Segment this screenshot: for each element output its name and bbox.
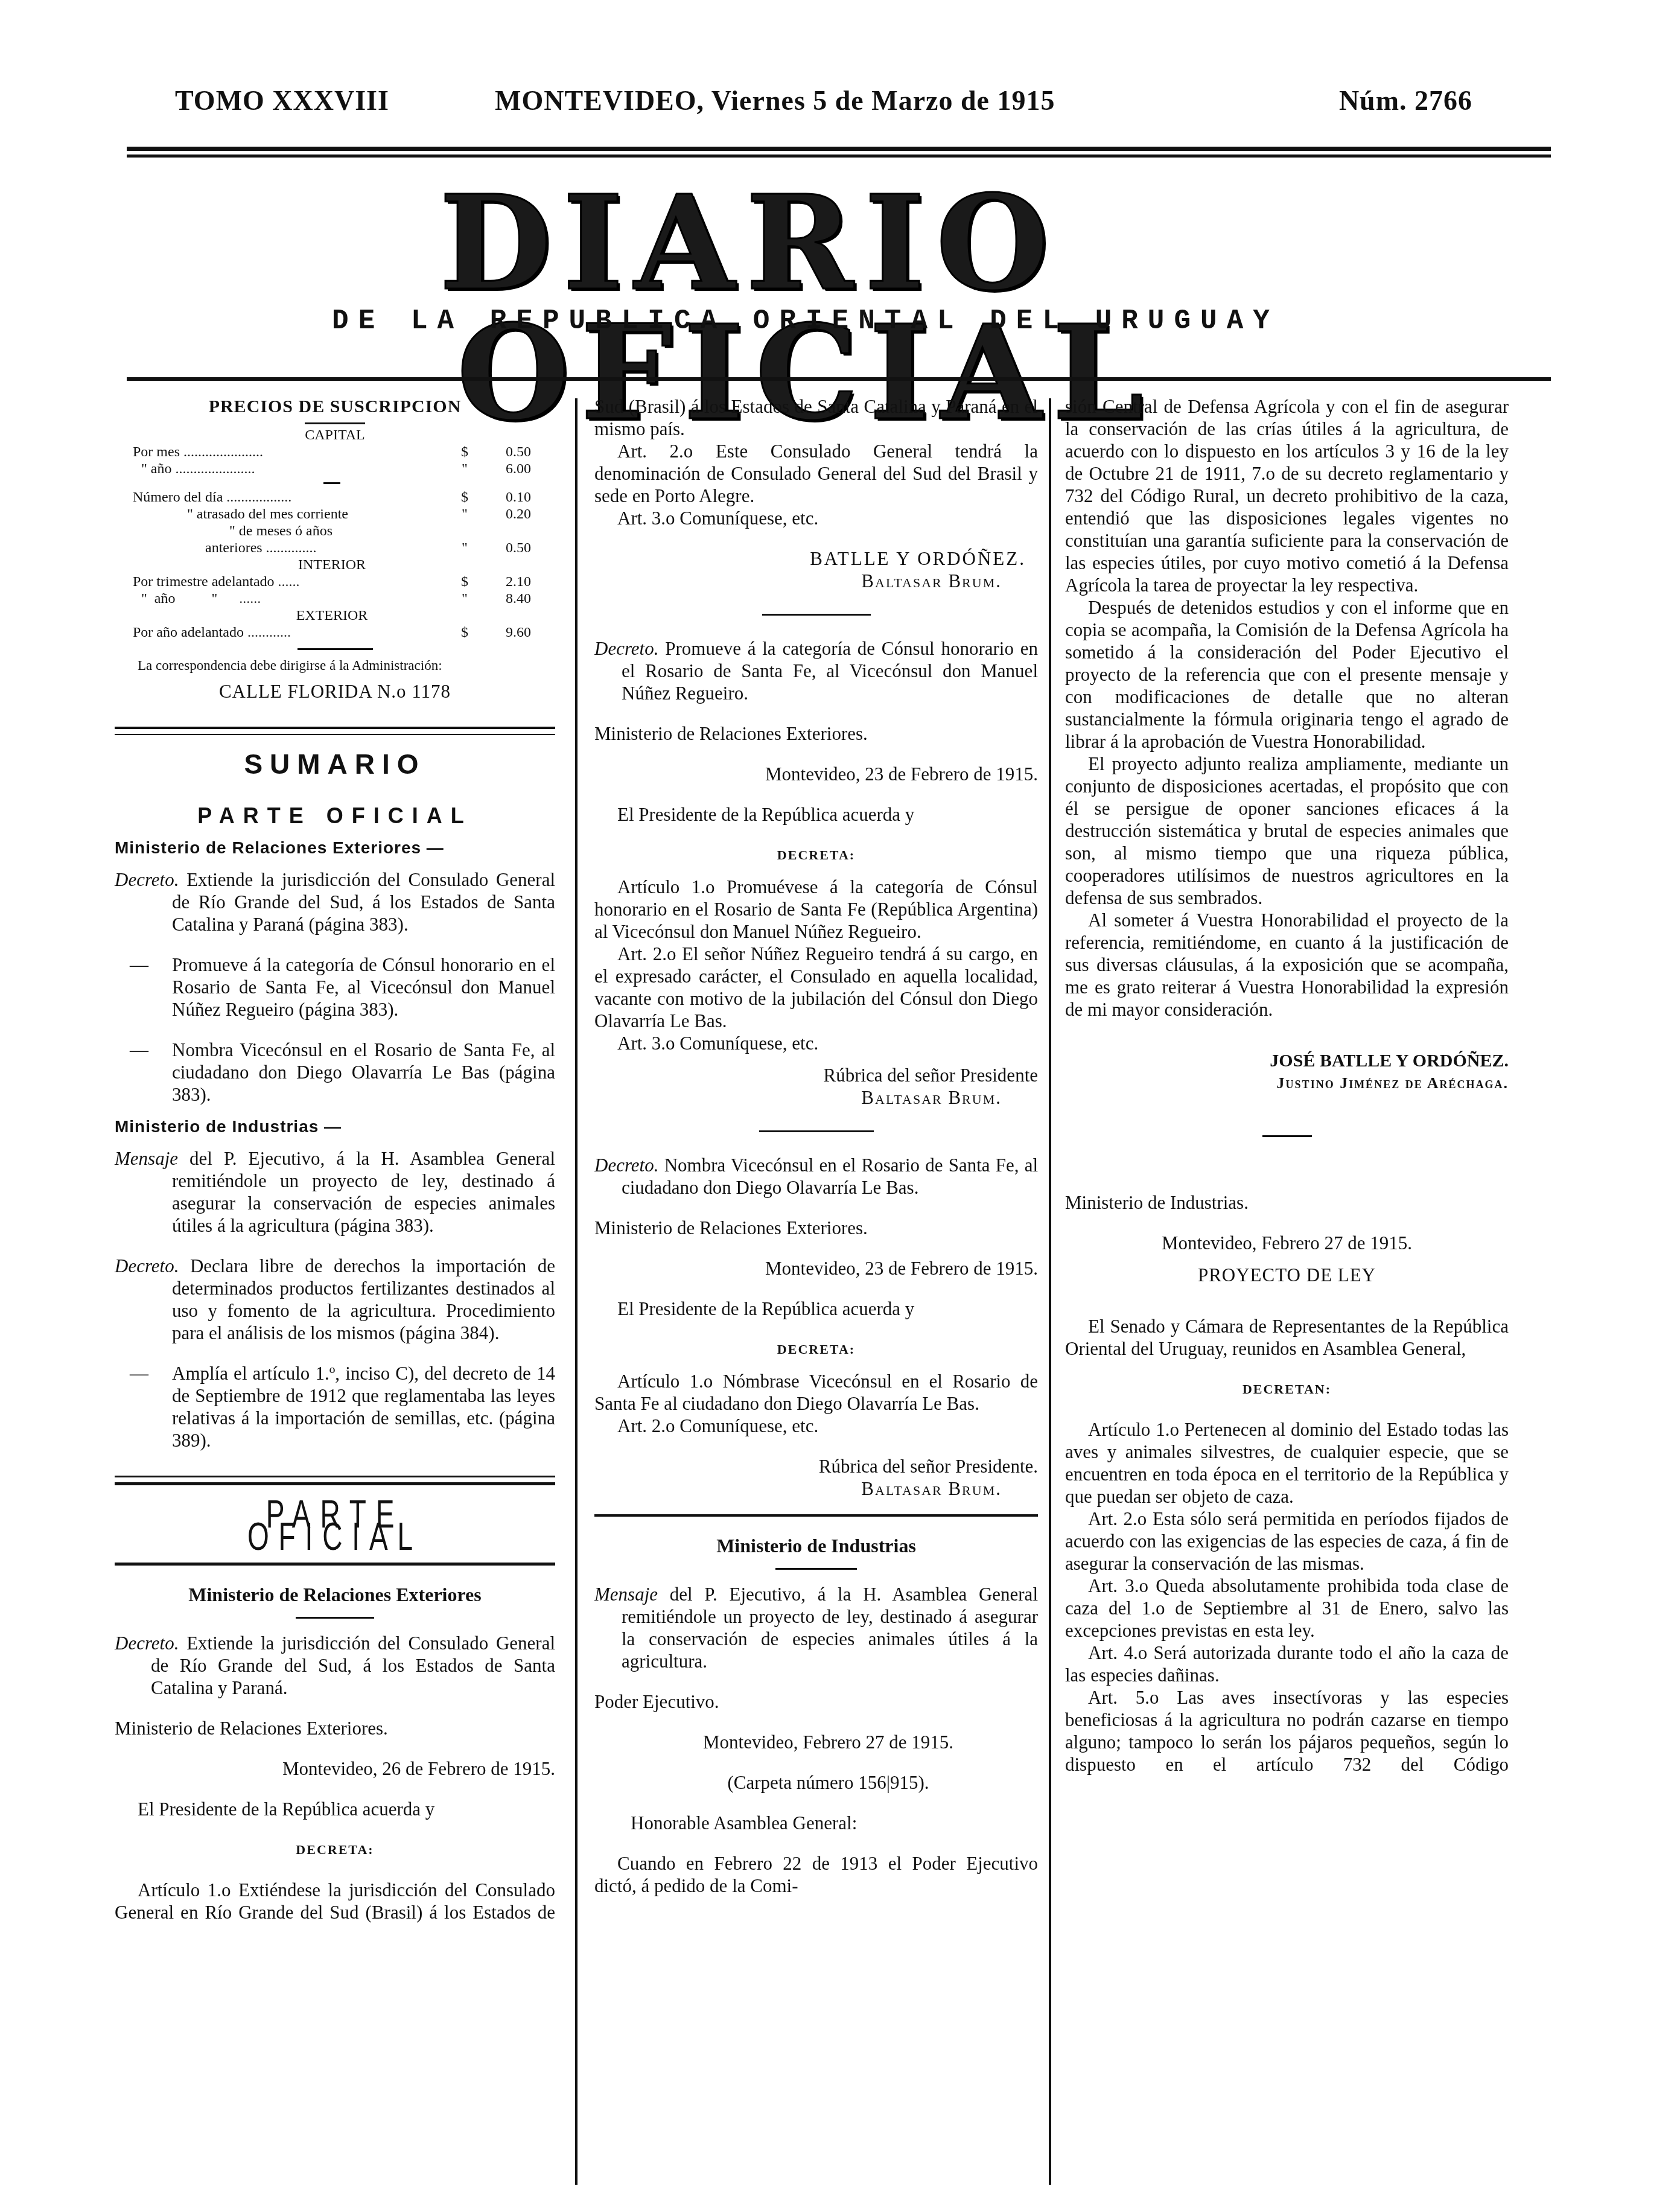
sumario-item: Mensaje del P. Ejecutivo, á la H. Asambl… bbox=[115, 1147, 555, 1237]
decree-lead: Decreto. bbox=[594, 638, 658, 659]
mensaje-summary: Mensaje del P. Ejecutivo, á la H. Asambl… bbox=[594, 1583, 1038, 1672]
item-lead: Mensaje bbox=[115, 1148, 178, 1169]
column-1: PRECIOS DE SUSCRIPCION CAPITAL Por mes .… bbox=[115, 395, 555, 1923]
mensaje-paragraph-continued: sión Central de Defensa Agrícola y con e… bbox=[1065, 395, 1509, 596]
ministry-line: Ministerio de Industrias. bbox=[1065, 1191, 1509, 1214]
section-rule bbox=[594, 1514, 1038, 1517]
poder-ejecutivo: Poder Ejecutivo. bbox=[594, 1690, 1038, 1713]
sumario-item: Decreto. Extiende la jurisdicción del Co… bbox=[115, 868, 555, 935]
price-row: anteriores .............."0.50 bbox=[133, 540, 531, 556]
salutation: Honorable Asamblea General: bbox=[594, 1812, 1038, 1834]
ministry-heading-industrias: Ministerio de Industrias bbox=[594, 1535, 1038, 1557]
decree-article: Art. 3.o Comuníquese, etc. bbox=[594, 507, 1038, 529]
decreta-label: DECRETA: bbox=[594, 1338, 1038, 1360]
price-label: " atrasado del mes corriente bbox=[133, 506, 453, 523]
decree-text: Extiende la jurisdicción del Consulado G… bbox=[151, 1633, 555, 1698]
decree-article: Art. 3.o Comuníquese, etc. bbox=[594, 1032, 1038, 1054]
subscription-box: PRECIOS DE SUSCRIPCION CAPITAL Por mes .… bbox=[115, 395, 555, 703]
law-article: Art. 4.o Será autorizada durante todo el… bbox=[1065, 1642, 1509, 1686]
price-value: 0.50 bbox=[477, 540, 531, 556]
decree-lead: Decreto. bbox=[115, 1633, 179, 1654]
price-label: " de meses ó años bbox=[133, 523, 453, 540]
carpeta-number: (Carpeta número 156|915). bbox=[594, 1771, 1038, 1794]
section-rule bbox=[115, 1563, 555, 1566]
issue-number: Núm. 2766 bbox=[1339, 84, 1472, 116]
signature-minister: Justino Jiménez de Aréchaga. bbox=[1065, 1072, 1509, 1094]
capital-label: CAPITAL bbox=[115, 427, 555, 444]
divider bbox=[1262, 1135, 1312, 1137]
sumario-heading: SUMARIO bbox=[115, 753, 555, 776]
decree-summary: Decreto. Nombra Vicecónsul en el Rosario… bbox=[594, 1154, 1038, 1199]
price-label: anteriores .............. bbox=[133, 540, 453, 556]
sumario-item: Decreto. Declara libre de derechos la im… bbox=[115, 1255, 555, 1344]
ministry-line: Ministerio de Relaciones Exteriores. bbox=[115, 1717, 555, 1739]
price-label: " año " ...... bbox=[133, 590, 453, 607]
price-currency: " bbox=[453, 540, 477, 556]
column-divider-2 bbox=[1049, 398, 1051, 2185]
mensaje-paragraph: Cuando en Febrero 22 de 1913 el Poder Ej… bbox=[594, 1852, 1038, 1897]
price-label: Número del día .................. bbox=[133, 489, 453, 506]
price-row: " año " ......"8.40 bbox=[133, 590, 531, 607]
price-row: " atrasado del mes corriente"0.20 bbox=[133, 506, 531, 523]
dateline: MONTEVIDEO, Viernes 5 de Marzo de 1915 bbox=[495, 84, 1055, 116]
decree-date: Montevideo, 23 de Febrero de 1915. bbox=[594, 1257, 1038, 1279]
divider bbox=[762, 614, 871, 616]
mensaje-paragraph: Al someter á Vuestra Honorabilidad el pr… bbox=[1065, 909, 1509, 1021]
price-row: Por año adelantado ............$9.60 bbox=[133, 624, 531, 641]
divider bbox=[297, 648, 373, 650]
signature-president: BATLLE Y ORDÓÑEZ. bbox=[594, 547, 1038, 570]
price-label: Por mes ...................... bbox=[133, 444, 453, 460]
decree-article: Artículo 1.o Nómbrase Vicecónsul en el R… bbox=[594, 1370, 1038, 1415]
mensaje-text: del P. Ejecutivo, á la H. Asamblea Gener… bbox=[622, 1584, 1038, 1672]
price-value: 9.60 bbox=[477, 624, 531, 641]
column-divider-1 bbox=[575, 398, 577, 2185]
item-lead: — bbox=[115, 954, 172, 976]
column-3: sión Central de Defensa Agrícola y con e… bbox=[1065, 395, 1509, 1776]
price-label: Por año adelantado ............ bbox=[133, 624, 453, 641]
sumario-item: —Promueve á la categoría de Cónsul honor… bbox=[115, 954, 555, 1021]
price-currency: " bbox=[453, 590, 477, 607]
exterior-label: EXTERIOR bbox=[133, 607, 531, 624]
signature-president: JOSÉ BATLLE Y ORDÓÑEZ. bbox=[1065, 1050, 1509, 1072]
price-row: " año ......................"6.00 bbox=[133, 460, 531, 477]
mensaje-lead: Mensaje bbox=[594, 1584, 658, 1605]
price-value: 8.40 bbox=[477, 590, 531, 607]
law-article: Artículo 1.o Pertenecen al dominio del E… bbox=[1065, 1418, 1509, 1508]
signature-minister: Baltasar Brum. bbox=[594, 1086, 1038, 1109]
newspaper-subtitle: DE LA REPUBLICA ORIENTAL DEL URUGUAY bbox=[163, 305, 1448, 337]
price-value: 0.20 bbox=[477, 506, 531, 523]
item-lead: — bbox=[115, 1362, 172, 1384]
price-row: Por mes ......................$0.50 bbox=[133, 444, 531, 460]
decretan-label: DECRETAN: bbox=[1065, 1378, 1509, 1400]
price-row: " de meses ó años bbox=[133, 523, 531, 540]
decree-date: Montevideo, 26 de Febrero de 1915. bbox=[115, 1757, 555, 1780]
law-article: Art. 2.o Esta sólo será permitida en per… bbox=[1065, 1508, 1509, 1575]
price-value bbox=[477, 523, 531, 540]
law-article: Art. 5.o Las aves insectívoras y las esp… bbox=[1065, 1686, 1509, 1776]
masthead-rule-top bbox=[127, 147, 1551, 151]
sumario-item: —Nombra Vicecónsul en el Rosario de Sant… bbox=[115, 1039, 555, 1106]
price-currency: $ bbox=[453, 489, 477, 506]
price-label: Por trimestre adelantado ...... bbox=[133, 573, 453, 590]
decree-article: Art. 2.o Este Consulado General tendrá l… bbox=[594, 440, 1038, 507]
decreta-label: DECRETA: bbox=[115, 1838, 555, 1861]
decree-text: Promueve á la categoría de Cónsul honora… bbox=[622, 638, 1038, 704]
price-currency bbox=[453, 523, 477, 540]
price-currency: " bbox=[453, 460, 477, 477]
proyecto-preamble: El Senado y Cámara de Representantes de … bbox=[1065, 1315, 1509, 1360]
decree-preamble: El Presidente de la República acuerda y bbox=[594, 1298, 1038, 1320]
item-text: Extiende la jurisdicción del Consulado G… bbox=[172, 869, 555, 935]
item-text: Declara libre de derechos la importación… bbox=[172, 1255, 555, 1343]
proyecto-heading: PROYECTO DE LEY bbox=[1065, 1264, 1509, 1286]
section-rule bbox=[115, 727, 555, 729]
mensaje-date: Montevideo, Febrero 27 de 1915. bbox=[594, 1731, 1038, 1753]
divider bbox=[305, 422, 365, 424]
decree-lead: Decreto. bbox=[594, 1155, 658, 1176]
item-text: Promueve á la categoría de Cónsul honora… bbox=[172, 954, 555, 1020]
address: CALLE FLORIDA N.o 1178 bbox=[115, 680, 555, 703]
section-rule-thin bbox=[115, 734, 555, 735]
ministry-heading: Ministerio de Relaciones Exteriores bbox=[115, 1584, 555, 1606]
item-lead: Decreto. bbox=[115, 1255, 179, 1276]
signature-rubrica: Rúbrica del señor Presidente bbox=[594, 1064, 1038, 1086]
item-lead: Decreto. bbox=[115, 869, 179, 890]
masthead-info-line: TOMO XXXVIII MONTEVIDEO, Viernes 5 de Ma… bbox=[175, 84, 1472, 127]
decree-text: Nombra Vicecónsul en el Rosario de Santa… bbox=[622, 1155, 1038, 1198]
sumario-ministry-exteriores: Ministerio de Relaciones Exteriores — bbox=[115, 836, 555, 859]
parte-oficial-heading: PARTE OFICIAL bbox=[176, 1503, 494, 1548]
subscription-heading: PRECIOS DE SUSCRIPCION bbox=[115, 395, 555, 418]
divider bbox=[759, 1130, 874, 1132]
price-currency: $ bbox=[453, 573, 477, 590]
decree-article: Art. 2.o El señor Núñez Regueiro tendrá … bbox=[594, 943, 1038, 1032]
sumario-section: PARTE OFICIAL bbox=[115, 804, 555, 827]
ministry-line: Ministerio de Relaciones Exteriores. bbox=[594, 722, 1038, 745]
sumario-item: —Amplía el artículo 1.º, inciso C), del … bbox=[115, 1362, 555, 1451]
section-rule-thick bbox=[115, 1482, 555, 1485]
masthead-rule-top-thin bbox=[127, 155, 1551, 158]
volume-number: TOMO XXXVIII bbox=[175, 84, 389, 116]
price-row: Por trimestre adelantado ......$2.10 bbox=[133, 573, 531, 590]
mensaje-paragraph: El proyecto adjunto realiza ampliamente,… bbox=[1065, 753, 1509, 909]
item-text: del P. Ejecutivo, á la H. Asamblea Gener… bbox=[172, 1148, 555, 1236]
signature-minister: Baltasar Brum. bbox=[594, 1477, 1038, 1500]
sumario-ministry-industrias: Ministerio de Industrias — bbox=[115, 1115, 555, 1138]
ministry-line: Ministerio de Relaciones Exteriores. bbox=[594, 1217, 1038, 1239]
decreta-label: DECRETA: bbox=[594, 844, 1038, 866]
law-article: Art. 3.o Queda absolutamente prohibida t… bbox=[1065, 1575, 1509, 1642]
price-value: 2.10 bbox=[477, 573, 531, 590]
decree-article: Artículo 1.o Promuévese á la categoría d… bbox=[594, 876, 1038, 943]
price-value: 0.50 bbox=[477, 444, 531, 460]
title-word-diario: DIARIO bbox=[439, 178, 1060, 308]
price-value: 0.10 bbox=[477, 489, 531, 506]
section-rule bbox=[115, 1476, 555, 1477]
item-text: Nombra Vicecónsul en el Rosario de Santa… bbox=[172, 1039, 555, 1105]
masthead-rule-bottom bbox=[127, 377, 1551, 381]
decree-article-continued: Sud (Brasil) á los Estados de Santa Cata… bbox=[594, 395, 1038, 440]
divider bbox=[775, 1568, 857, 1570]
price-label: " año ...................... bbox=[133, 460, 453, 477]
item-text: Amplía el artículo 1.º, inciso C), del d… bbox=[172, 1363, 555, 1451]
decree-summary: Decreto. Extiende la jurisdicción del Co… bbox=[115, 1632, 555, 1699]
correspondence-note: La correspondencia debe dirigirse á la A… bbox=[115, 657, 555, 674]
item-lead: — bbox=[115, 1039, 172, 1061]
column-2: Sud (Brasil) á los Estados de Santa Cata… bbox=[594, 395, 1038, 1897]
price-currency: $ bbox=[453, 624, 477, 641]
divider bbox=[296, 1617, 374, 1619]
decree-date: Montevideo, 23 de Febrero de 1915. bbox=[594, 763, 1038, 785]
price-currency: $ bbox=[453, 444, 477, 460]
decree-preamble: El Presidente de la República acuerda y bbox=[594, 803, 1038, 826]
proyecto-date: Montevideo, Febrero 27 de 1915. bbox=[1065, 1232, 1509, 1254]
decree-summary: Decreto. Promueve á la categoría de Cóns… bbox=[594, 637, 1038, 704]
price-currency: " bbox=[453, 506, 477, 523]
decree-article: Artículo 1.o Extiéndese la jurisdicción … bbox=[115, 1879, 555, 1923]
decree-article: Art. 2.o Comuníquese, etc. bbox=[594, 1415, 1038, 1437]
divider bbox=[323, 482, 340, 484]
price-value: 6.00 bbox=[477, 460, 531, 477]
mensaje-paragraph: Después de detenidos estudios y con el i… bbox=[1065, 596, 1509, 753]
signature-minister: Baltasar Brum. bbox=[594, 570, 1038, 592]
interior-label: INTERIOR bbox=[133, 556, 531, 573]
decree-preamble: El Presidente de la República acuerda y bbox=[115, 1798, 555, 1820]
price-row: Número del día ..................$0.10 bbox=[133, 489, 531, 506]
signature-rubrica: Rúbrica del señor Presidente. bbox=[594, 1455, 1038, 1477]
